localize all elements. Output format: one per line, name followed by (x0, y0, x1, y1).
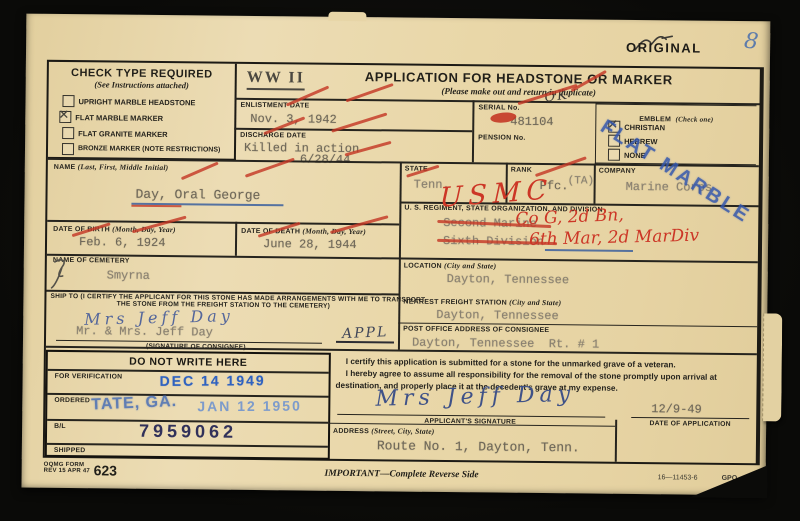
checkbox-upright-marble (62, 95, 74, 107)
serial-value: 481104 (510, 115, 553, 129)
option-upright-marble: UPRIGHT MARBLE HEADSTONE (78, 97, 195, 107)
company-label: COMPANY (599, 168, 636, 175)
form-border: CHECK TYPE REQUIRED (See Instructions at… (43, 60, 764, 465)
check-type-box: CHECK TYPE REQUIRED (See Instructions at… (48, 62, 237, 161)
footer-important: IMPORTANT—Complete Reverse Side (282, 468, 522, 481)
appl-underline (336, 341, 394, 343)
applicant-signature: Mrs Jeff Day (375, 382, 575, 412)
rank-suffix: (TA) (568, 175, 595, 187)
verification-date-stamp: DEC 14 1949 (160, 372, 266, 389)
option-flat-marble: FLAT MARBLE MARKER (75, 113, 163, 123)
checkbox-flat-granite (62, 127, 74, 139)
po-address-label: POST OFFICE ADDRESS OF CONSIGNEE (403, 326, 549, 335)
ordered-place-stamp: TATE, GA. (91, 393, 177, 415)
appl-annotation: APPL (342, 324, 389, 342)
ww2-stamp: WW II (247, 69, 305, 91)
rank-label: RANK (511, 167, 532, 174)
footer-print-code: 16—11453-6 (658, 474, 698, 481)
checkbox-none (608, 149, 620, 161)
ship-to-typed: Mr. & Mrs. Jeff Day (76, 324, 213, 339)
freight-label: NEAREST FREIGHT STATION (403, 299, 507, 307)
form-id-group: OQMG FORM REV 15 APR 47 (44, 462, 91, 474)
address-label: ADDRESS (333, 428, 369, 435)
original-label: ORIGINAL (626, 40, 702, 56)
card-top-tab (328, 12, 366, 21)
red-check-name-1 (181, 162, 219, 181)
address-label-italic: (Street, City, State) (371, 426, 434, 436)
shipped-label: SHIPPED (54, 447, 86, 454)
divider (47, 254, 758, 263)
name-label-italic: (Last, First, Middle Initial) (78, 162, 169, 172)
cemetery-value: Smyrna (107, 268, 150, 282)
location-label-group: LOCATION (City and State) (404, 261, 497, 271)
application-date-value: 12/9-49 (651, 402, 702, 417)
option-bronze: BRONZE MARKER (NOTE RESTRICTIONS) (78, 145, 220, 153)
enlistment-label: ENLISTMENT DATE (240, 102, 309, 110)
regiment-handwriting-1: Co G, 2d Bn, (515, 205, 624, 230)
freight-label-group: NEAREST FREIGHT STATION (City and State) (403, 297, 561, 308)
name-label: NAME (54, 164, 76, 171)
red-check-rank (535, 156, 587, 177)
freight-value: Dayton, Tennessee (436, 308, 559, 323)
checkbox-flat-marble (59, 111, 71, 123)
divider (615, 420, 617, 462)
divider (398, 162, 401, 350)
discharge-label: DISCHARGE DATE (240, 132, 306, 140)
check-type-subtitle: (See Instructions attached) (49, 79, 235, 91)
regiment-handwriting-2: 6th Mar, 2d MarDiv (529, 226, 700, 250)
do-not-write-title: DO NOT WRITE HERE (48, 355, 329, 370)
scan-background: ORIGINAL 8 CHECK TYPE REQUIRED (See Inst… (0, 0, 800, 521)
address-label-group: ADDRESS (Street, City, State) (333, 426, 435, 436)
divider (235, 222, 237, 256)
regiment-underline-blue (545, 249, 633, 252)
bl-label: B/L (54, 423, 66, 430)
form-number: 623 (94, 462, 118, 478)
location-value: Dayton, Tennessee (447, 272, 570, 287)
name-label-group: NAME (Last, First, Middle Initial) (54, 162, 169, 172)
dod-value: June 28, 1944 (263, 237, 357, 252)
form-card: ORIGINAL 8 CHECK TYPE REQUIRED (See Inst… (21, 14, 770, 496)
serial-label: SERIAL No. (478, 104, 519, 111)
application-date-line (631, 417, 749, 419)
dob-value: Feb. 6, 1924 (79, 235, 166, 250)
application-date-label: DATE OF APPLICATION (635, 420, 745, 428)
name-underline-red (131, 205, 181, 208)
location-label: LOCATION (404, 263, 442, 270)
bl-number-stamp: 7959062 (139, 421, 237, 443)
do-not-write-box: DO NOT WRITE HERE FOR VERIFICATION ORDER… (45, 350, 331, 460)
pension-label: PENSION No. (478, 134, 526, 141)
checkbox-bronze (62, 143, 74, 155)
divider (47, 443, 328, 447)
location-label-italic: (City and State) (444, 261, 496, 271)
emblem-label-italic: (Check one) (675, 115, 713, 123)
option-flat-granite: FLAT GRANITE MARKER (78, 129, 168, 139)
form-id-rev: REV 15 APR 47 (44, 468, 90, 474)
verification-label: FOR VERIFICATION (55, 373, 123, 381)
ordered-date-stamp: JAN 12 1950 (197, 398, 302, 415)
ordered-label: ORDERED (54, 397, 90, 404)
name-value: Day, Oral George (135, 187, 260, 203)
copy-number: 8 (743, 28, 760, 54)
freight-label-italic: (City and State) (509, 298, 561, 308)
card-index-tab (762, 313, 782, 421)
address-value: Route No. 1, Dayton, Tenn. (377, 438, 580, 455)
cemetery-pencil-mark (49, 256, 79, 290)
